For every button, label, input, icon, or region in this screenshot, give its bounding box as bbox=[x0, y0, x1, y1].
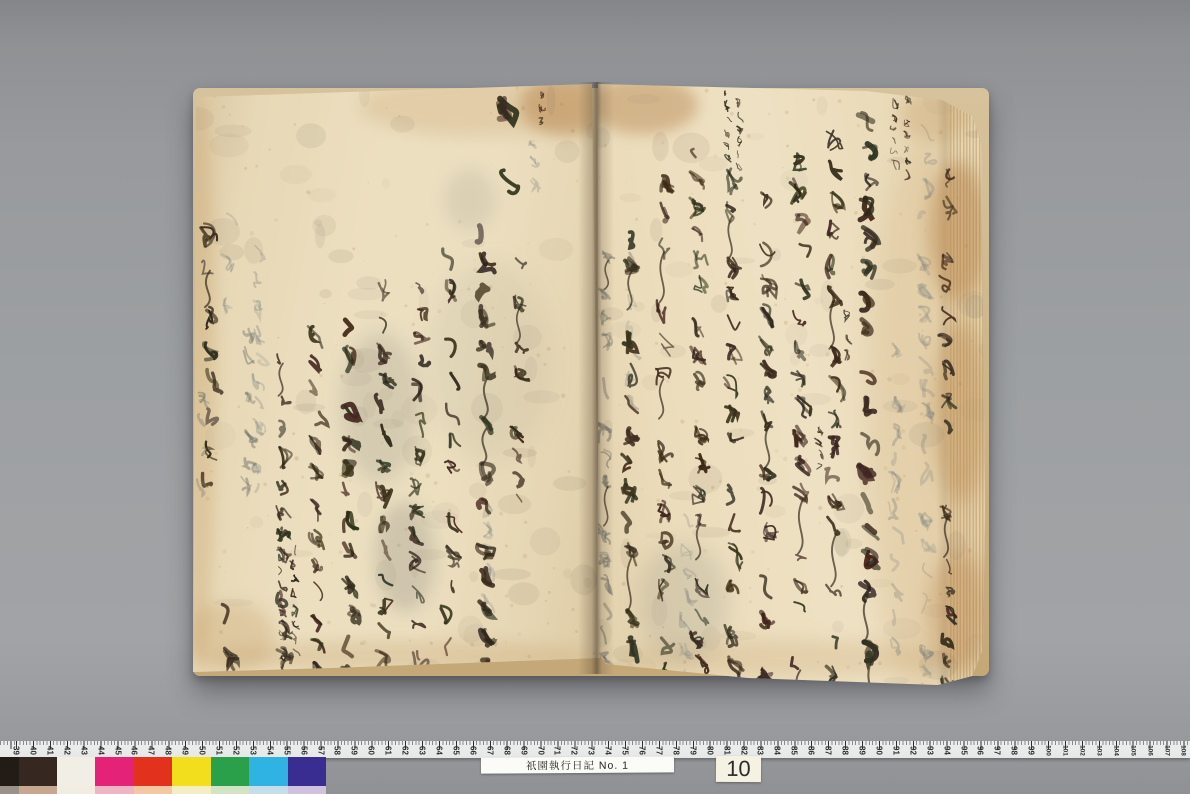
paper-mark bbox=[458, 220, 461, 223]
paper-mark bbox=[711, 295, 727, 313]
ink-stroke bbox=[277, 482, 285, 490]
paper-mark bbox=[362, 640, 367, 645]
paper-mark bbox=[476, 464, 478, 466]
paper-mark bbox=[940, 296, 943, 299]
ruler-number-41: 41 bbox=[43, 744, 56, 758]
paper-mark bbox=[666, 379, 670, 383]
paper-mark bbox=[703, 549, 707, 553]
paper-mark bbox=[740, 430, 742, 432]
ink-stroke bbox=[627, 428, 638, 444]
ink-stroke bbox=[859, 115, 873, 121]
paper-mark bbox=[884, 677, 909, 684]
paper-mark bbox=[306, 190, 310, 194]
color-patch-dark-brown bbox=[19, 757, 57, 786]
paper-mark bbox=[957, 197, 959, 199]
paper-mark bbox=[432, 501, 434, 503]
paper-mark bbox=[294, 456, 298, 460]
ruler-number-91: 91 bbox=[889, 744, 902, 758]
paper-mark bbox=[292, 432, 295, 435]
paper-mark bbox=[545, 600, 547, 602]
ink-stroke bbox=[383, 541, 391, 560]
paper-mark bbox=[229, 114, 231, 116]
ink-stroke bbox=[222, 605, 228, 623]
paper-mark bbox=[767, 568, 769, 570]
paper-mark bbox=[683, 660, 686, 663]
ink-stroke bbox=[687, 592, 696, 603]
ruler-number-54: 54 bbox=[263, 744, 276, 758]
paper-mark bbox=[237, 405, 240, 408]
color-patch-red bbox=[134, 757, 172, 786]
ink-stroke bbox=[202, 260, 213, 273]
paper-mark bbox=[498, 494, 532, 514]
paper-mark bbox=[607, 681, 611, 685]
ink-stroke bbox=[316, 412, 328, 426]
paper-mark bbox=[359, 82, 370, 107]
ruler-number-74: 74 bbox=[602, 744, 615, 758]
paper-mark bbox=[328, 249, 353, 263]
ruler-number-72: 72 bbox=[568, 744, 581, 758]
ink-stroke bbox=[254, 272, 262, 287]
paper-mark bbox=[410, 285, 413, 288]
paper-mark bbox=[368, 182, 370, 184]
paper-mark bbox=[698, 447, 699, 448]
ruler-number-58: 58 bbox=[331, 744, 344, 758]
ink-stroke bbox=[919, 212, 925, 219]
ink-stroke bbox=[279, 421, 285, 438]
ink-stroke bbox=[441, 609, 446, 623]
paper-mark bbox=[244, 167, 247, 170]
ink-stroke bbox=[727, 485, 734, 504]
ink-stroke bbox=[888, 502, 891, 515]
paper-mark bbox=[426, 223, 429, 226]
paper-mark bbox=[329, 534, 330, 535]
paper-mark bbox=[336, 344, 338, 346]
paper-mark bbox=[859, 662, 862, 665]
paper-mark bbox=[768, 112, 771, 115]
color-tint-white bbox=[57, 786, 95, 794]
paper-mark bbox=[469, 483, 487, 499]
ink-stroke bbox=[478, 500, 485, 507]
ink-stroke bbox=[727, 117, 732, 121]
paper-mark bbox=[655, 342, 658, 345]
ruler-number-103: 103 bbox=[1092, 744, 1105, 758]
ruler-number-89: 89 bbox=[856, 744, 869, 758]
paper-mark bbox=[711, 486, 714, 489]
paper-mark bbox=[737, 378, 739, 380]
ink-stroke bbox=[343, 483, 348, 495]
paper-mark bbox=[548, 591, 551, 594]
ink-stroke bbox=[920, 357, 933, 374]
paper-mark bbox=[651, 595, 667, 626]
paper-mark bbox=[817, 661, 819, 663]
ink-stroke bbox=[728, 315, 740, 330]
ink-stroke bbox=[257, 354, 268, 365]
paper-mark bbox=[571, 129, 575, 133]
ink-stroke bbox=[893, 528, 903, 543]
paper-mark bbox=[786, 176, 790, 180]
paper-mark bbox=[806, 363, 809, 366]
paper-mark bbox=[955, 530, 957, 532]
ruler-number-46: 46 bbox=[128, 744, 141, 758]
paper-mark bbox=[533, 140, 535, 142]
paper-mark bbox=[340, 371, 371, 387]
paper-mark bbox=[816, 96, 827, 115]
paper-mark bbox=[798, 388, 802, 392]
ink-stroke bbox=[256, 397, 263, 408]
paper-mark bbox=[915, 530, 917, 532]
ruler-number-59: 59 bbox=[348, 744, 361, 758]
paper-mark bbox=[851, 266, 854, 269]
ruler-number-85: 85 bbox=[788, 744, 801, 758]
paper-mark bbox=[209, 133, 249, 157]
paper-mark bbox=[354, 519, 358, 523]
paper-mark bbox=[339, 550, 343, 554]
paper-mark bbox=[274, 218, 278, 222]
ruler-number-75: 75 bbox=[619, 744, 632, 758]
ink-stroke bbox=[516, 258, 526, 268]
paper-mark bbox=[649, 635, 652, 638]
ink-stroke bbox=[817, 464, 822, 470]
paper-mark bbox=[411, 323, 415, 327]
paper-mark bbox=[774, 304, 777, 307]
paper-mark bbox=[764, 505, 785, 518]
ink-stroke bbox=[925, 154, 936, 164]
paper-mark bbox=[724, 282, 727, 285]
paper-mark bbox=[946, 531, 966, 560]
paper-mark bbox=[928, 599, 931, 602]
ink-stroke bbox=[863, 495, 871, 512]
ink-stroke bbox=[314, 582, 322, 600]
paper-mark bbox=[971, 340, 973, 342]
paper-mark bbox=[432, 502, 460, 523]
ink-stroke bbox=[198, 414, 205, 426]
paper-mark bbox=[505, 544, 508, 547]
paper-mark bbox=[293, 517, 294, 518]
paper-mark bbox=[205, 422, 236, 450]
ruler-number-43: 43 bbox=[77, 744, 90, 758]
paper-mark bbox=[527, 655, 531, 659]
ink-stroke bbox=[682, 544, 691, 559]
paper-mark bbox=[561, 394, 565, 398]
paper-mark bbox=[975, 635, 977, 637]
paper-mark bbox=[405, 528, 408, 531]
paper-mark bbox=[661, 141, 664, 144]
ink-stroke bbox=[939, 334, 951, 345]
paper-mark bbox=[469, 571, 478, 582]
paper-mark bbox=[964, 244, 967, 247]
paper-mark bbox=[921, 682, 924, 685]
paper-mark bbox=[222, 549, 226, 553]
ink-stroke bbox=[680, 613, 684, 626]
ink-stroke bbox=[445, 638, 451, 655]
ink-stroke bbox=[282, 397, 291, 405]
paper-mark bbox=[222, 105, 226, 109]
paper-mark bbox=[381, 442, 383, 444]
paper-mark bbox=[473, 268, 478, 273]
paper-mark bbox=[438, 309, 442, 313]
paper-mark bbox=[819, 522, 821, 524]
measurement-ruler: 3940414243444546474849505152535455565758… bbox=[0, 741, 1190, 758]
color-tint-magenta bbox=[95, 786, 134, 794]
manuscript-right-page bbox=[598, 82, 988, 690]
paper-mark bbox=[857, 124, 861, 128]
paper-mark bbox=[382, 178, 390, 189]
paper-mark bbox=[267, 515, 268, 516]
color-patch-green bbox=[211, 757, 249, 786]
paper-mark bbox=[523, 554, 527, 558]
paper-mark bbox=[263, 483, 267, 487]
paper-mark bbox=[662, 626, 664, 628]
paper-mark bbox=[269, 148, 271, 150]
paper-mark bbox=[471, 643, 474, 646]
paper-mark bbox=[379, 388, 393, 401]
paper-mark bbox=[301, 475, 304, 478]
ink-stroke bbox=[819, 450, 823, 459]
paper-mark bbox=[622, 582, 626, 586]
paper-mark bbox=[219, 244, 244, 260]
paper-mark bbox=[504, 317, 505, 318]
paper-mark bbox=[903, 475, 906, 478]
paper-mark bbox=[410, 472, 413, 475]
paper-mark bbox=[882, 259, 917, 274]
ink-stroke bbox=[893, 427, 899, 444]
ruler-number-62: 62 bbox=[399, 744, 412, 758]
paper-mark bbox=[695, 419, 699, 423]
ink-stroke bbox=[207, 409, 217, 425]
ink-stroke bbox=[794, 156, 804, 164]
collection-label: 祇園執行日記 No. 1 bbox=[481, 756, 674, 773]
paper-mark bbox=[210, 470, 212, 472]
ink-stroke bbox=[630, 690, 637, 691]
ruler-number-107: 107 bbox=[1160, 744, 1173, 758]
ink-stroke bbox=[943, 256, 950, 265]
paper-mark bbox=[958, 399, 988, 422]
ruler-number-53: 53 bbox=[246, 744, 259, 758]
paper-mark bbox=[902, 446, 906, 450]
ink-stroke bbox=[657, 304, 659, 312]
paper-mark bbox=[883, 618, 921, 640]
paper-mark bbox=[747, 134, 751, 138]
ink-stroke bbox=[893, 585, 903, 601]
ink-stroke bbox=[503, 99, 507, 117]
paper-mark bbox=[530, 527, 561, 555]
paper-mark bbox=[669, 491, 702, 500]
ink-stroke bbox=[921, 125, 934, 141]
ruler-number-76: 76 bbox=[636, 744, 649, 758]
ruler-number-64: 64 bbox=[433, 744, 446, 758]
ink-stroke bbox=[345, 320, 352, 335]
ink-stroke bbox=[293, 649, 300, 655]
paper-mark bbox=[652, 132, 668, 161]
ruler-number-65: 65 bbox=[449, 744, 462, 758]
paper-mark bbox=[364, 260, 365, 261]
ruler-number-47: 47 bbox=[145, 744, 158, 758]
paper-mark bbox=[812, 98, 815, 101]
paper-mark bbox=[518, 632, 521, 635]
ink-stroke bbox=[539, 118, 543, 125]
paper-mark bbox=[687, 263, 689, 265]
paper-mark bbox=[214, 599, 253, 607]
ink-stroke bbox=[904, 147, 908, 153]
paper-mark bbox=[818, 506, 822, 510]
paper-mark bbox=[430, 642, 433, 645]
color-tint-red bbox=[134, 786, 172, 794]
paper-mark bbox=[656, 499, 660, 503]
photo-stage: 3940414243444546474849505152535455565758… bbox=[0, 0, 1190, 794]
ink-stroke bbox=[725, 130, 729, 137]
ruler-number-77: 77 bbox=[652, 744, 665, 758]
paper-mark bbox=[784, 298, 787, 301]
paper-mark bbox=[968, 548, 972, 552]
ink-stroke bbox=[738, 164, 742, 171]
ink-stroke bbox=[629, 364, 637, 387]
paper-mark bbox=[553, 159, 555, 161]
ink-stroke bbox=[863, 261, 871, 272]
ruler-number-108: 108 bbox=[1177, 744, 1190, 758]
paper-mark bbox=[832, 620, 844, 632]
paper-mark bbox=[539, 238, 574, 261]
ruler-number-105: 105 bbox=[1126, 744, 1139, 758]
paper-mark bbox=[448, 509, 451, 512]
ruler-number-63: 63 bbox=[416, 744, 429, 758]
paper-mark bbox=[854, 197, 856, 199]
ruler-number-102: 102 bbox=[1075, 744, 1088, 758]
paper-mark bbox=[891, 373, 910, 385]
ruler-number-87: 87 bbox=[822, 744, 835, 758]
paper-mark bbox=[919, 313, 922, 316]
paper-mark bbox=[547, 622, 549, 624]
paper-mark bbox=[225, 572, 227, 574]
ink-stroke bbox=[412, 621, 425, 628]
paper-mark bbox=[241, 125, 244, 128]
ruler-number-66: 66 bbox=[466, 744, 479, 758]
paper-mark bbox=[390, 116, 415, 133]
ruler-number-93: 93 bbox=[923, 744, 936, 758]
ink-stroke bbox=[451, 373, 459, 389]
ink-stroke bbox=[818, 428, 823, 434]
ink-stroke bbox=[501, 170, 518, 193]
ink-stroke bbox=[443, 249, 453, 269]
ruler-number-48: 48 bbox=[162, 744, 175, 758]
paper-mark bbox=[714, 154, 717, 157]
paper-mark bbox=[250, 516, 263, 528]
paper-mark bbox=[296, 123, 326, 148]
ruler-number-52: 52 bbox=[229, 744, 242, 758]
ink-stroke bbox=[863, 324, 867, 333]
ink-stroke bbox=[696, 684, 702, 690]
ink-stroke bbox=[693, 227, 702, 241]
paper-mark bbox=[901, 429, 905, 433]
ink-stroke bbox=[446, 404, 459, 425]
ruler-number-42: 42 bbox=[60, 744, 73, 758]
ink-stroke bbox=[279, 581, 287, 591]
ink-stroke bbox=[942, 634, 952, 647]
paper-mark bbox=[369, 603, 373, 607]
ink-stroke bbox=[446, 339, 456, 356]
paper-mark bbox=[294, 123, 297, 126]
color-calibration-bar bbox=[0, 757, 330, 786]
ruler-number-99: 99 bbox=[1025, 744, 1038, 758]
ruler-number-51: 51 bbox=[213, 744, 226, 758]
color-patch-white bbox=[57, 757, 95, 786]
paper-mark bbox=[277, 337, 279, 339]
paper-mark bbox=[878, 661, 882, 665]
ink-stroke bbox=[205, 271, 210, 307]
paper-mark bbox=[627, 94, 661, 104]
paper-mark bbox=[386, 107, 387, 108]
ink-stroke bbox=[294, 576, 299, 582]
paper-mark bbox=[397, 544, 401, 548]
color-patch-blue-violet bbox=[288, 757, 326, 786]
paper-mark bbox=[944, 579, 945, 580]
paper-mark bbox=[959, 382, 962, 385]
ruler-number-100: 100 bbox=[1042, 744, 1055, 758]
ink-stroke bbox=[514, 473, 523, 487]
ink-stroke bbox=[921, 463, 932, 484]
paper-mark bbox=[901, 129, 903, 131]
paper-mark bbox=[341, 415, 343, 417]
paper-mark bbox=[521, 106, 525, 110]
paper-mark bbox=[887, 377, 891, 381]
paper-mark bbox=[672, 133, 710, 163]
paper-mark bbox=[547, 85, 556, 115]
paper-mark bbox=[491, 306, 494, 309]
ruler-number-71: 71 bbox=[551, 744, 564, 758]
ink-stroke bbox=[310, 381, 317, 395]
paper-mark bbox=[763, 686, 766, 689]
paper-mark bbox=[826, 353, 830, 357]
paper-mark bbox=[846, 666, 850, 670]
paper-mark bbox=[619, 404, 621, 406]
paper-mark bbox=[871, 369, 875, 373]
paper-mark bbox=[894, 688, 896, 690]
ink-stroke bbox=[684, 514, 692, 526]
ink-stroke bbox=[892, 454, 895, 466]
paper-mark bbox=[352, 247, 355, 250]
ink-stroke bbox=[905, 170, 910, 180]
paper-mark bbox=[219, 566, 221, 568]
paper-mark bbox=[409, 639, 411, 641]
ink-stroke bbox=[729, 514, 740, 531]
paper-mark bbox=[862, 256, 865, 259]
ink-stroke bbox=[664, 678, 669, 690]
paper-mark bbox=[508, 582, 540, 605]
paper-mark bbox=[324, 303, 326, 305]
ink-stroke bbox=[294, 621, 299, 626]
ink-stroke bbox=[794, 602, 805, 611]
ink-stroke bbox=[863, 293, 873, 306]
ruler-number-40: 40 bbox=[26, 744, 39, 758]
color-tint-blue-violet bbox=[288, 786, 326, 794]
paper-mark bbox=[751, 550, 755, 554]
color-tint-cyan bbox=[249, 786, 288, 794]
paper-mark bbox=[782, 167, 784, 169]
paper-mark bbox=[349, 479, 352, 482]
ruler-number-39: 39 bbox=[10, 744, 23, 758]
ruler-number-56: 56 bbox=[297, 744, 310, 758]
paper-mark bbox=[786, 293, 787, 294]
paper-mark bbox=[895, 497, 899, 501]
paper-mark bbox=[505, 595, 508, 598]
paper-mark bbox=[340, 374, 343, 377]
ink-stroke bbox=[796, 670, 801, 690]
right-page-ink-drawing bbox=[598, 82, 988, 690]
ink-stroke bbox=[313, 616, 320, 631]
paper-mark bbox=[280, 165, 312, 184]
collection-label-text: 祇園執行日記 No. 1 bbox=[526, 757, 629, 773]
paper-mark bbox=[319, 289, 331, 298]
ink-stroke bbox=[725, 91, 726, 95]
